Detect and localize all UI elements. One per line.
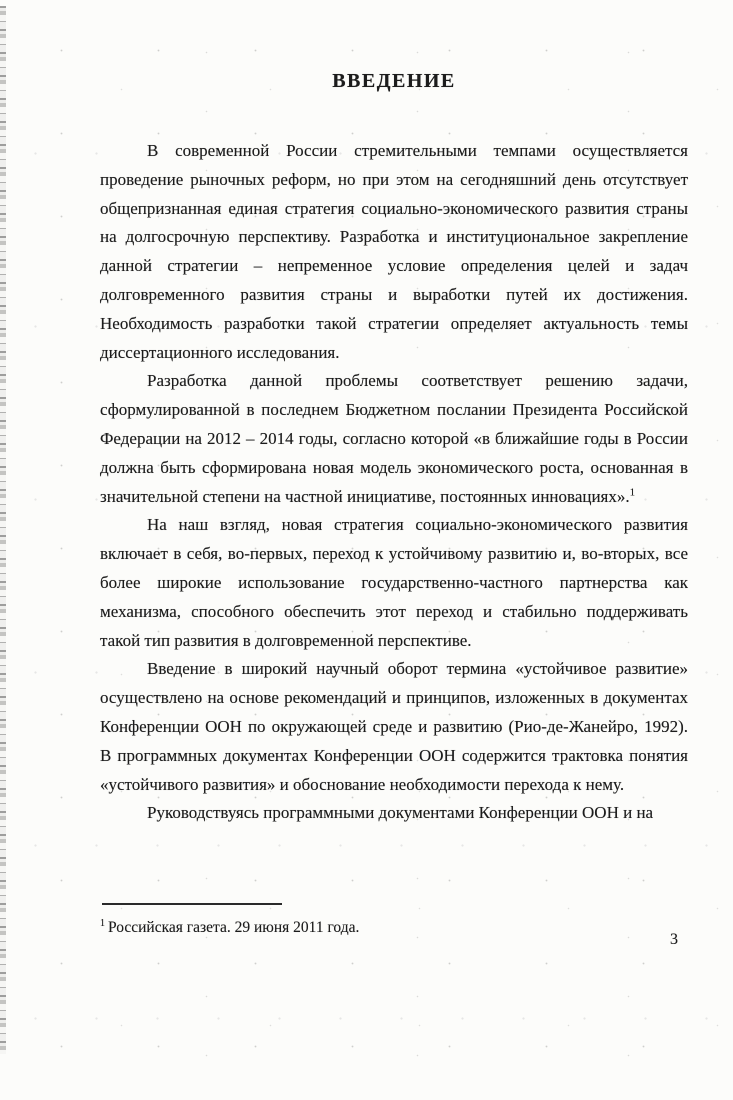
paragraph-5: Руководствуясь программными документами … [100,799,688,828]
paragraph-4: Введение в широкий научный оборот термин… [100,655,688,799]
footnote: 1Российская газета. 29 июня 2011 года. [100,913,688,939]
footnote-reference-marker: 1 [630,486,636,498]
paragraph-2: Разработка данной проблемы соответствует… [100,367,688,511]
footnote-text: Российская газета. 29 июня 2011 года. [108,919,359,936]
scan-edge-artifact [0,6,6,1054]
paragraph-1: В современной России стремительными темп… [100,137,688,367]
page-column: ВВЕДЕНИЕ В современной России стремитель… [100,0,688,828]
paragraph-2-text: Разработка данной проблемы соответствует… [100,371,688,505]
paragraph-3: На наш взгляд, новая стратегия социально… [100,511,688,655]
document-body: В современной России стремительными темп… [100,137,688,828]
footnote-block: 1Российская газета. 29 июня 2011 года. [100,903,688,939]
footnote-marker: 1 [100,918,105,929]
page-number: 3 [670,931,678,949]
page-title: ВВЕДЕНИЕ [100,70,688,93]
footnote-divider [102,903,282,905]
